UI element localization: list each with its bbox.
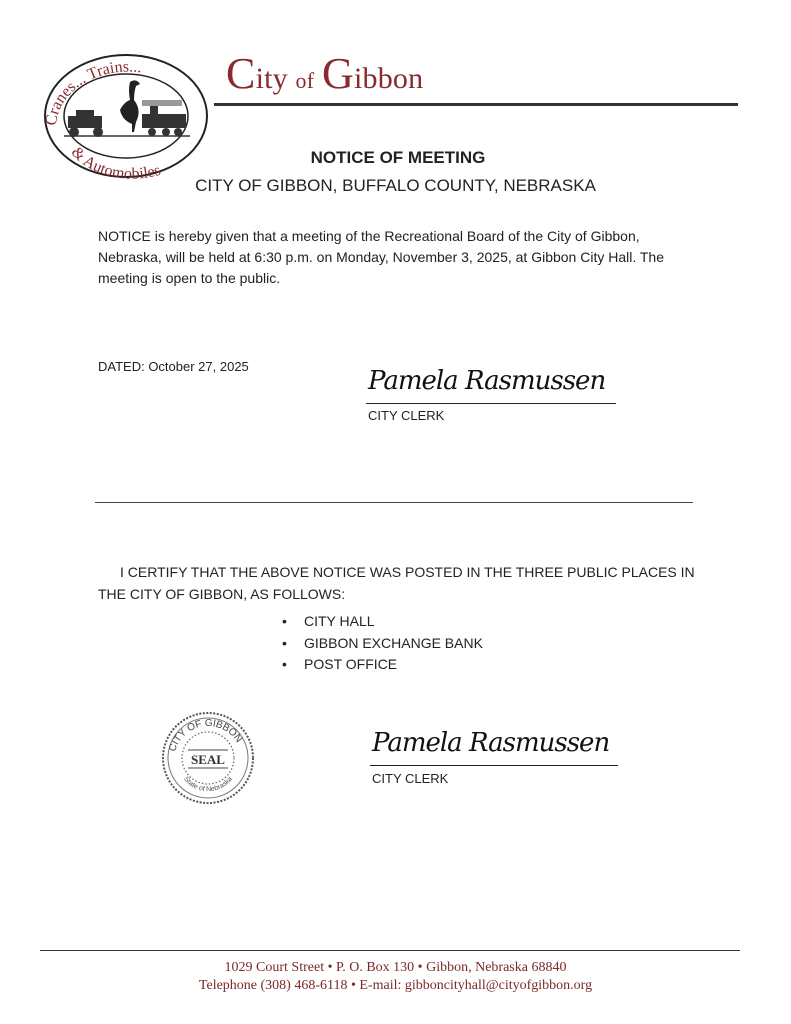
notice-heading: NOTICE OF MEETING bbox=[0, 148, 791, 168]
clerk-title-2: CITY CLERK bbox=[372, 771, 448, 786]
city-seal: CITY OF GIBBON State of Nebraska SEAL bbox=[158, 710, 258, 806]
posting-places-list: CITY HALL GIBBON EXCHANGE BANK POST OFFI… bbox=[284, 611, 483, 676]
list-item: GIBBON EXCHANGE BANK bbox=[284, 633, 483, 655]
notice-body: NOTICE is hereby given that a meeting of… bbox=[98, 226, 698, 289]
certification-text: I CERTIFY THAT THE ABOVE NOTICE WAS POST… bbox=[98, 561, 698, 605]
title-ity: ity bbox=[256, 62, 288, 95]
clerk-signature-2: Pamela Rasmussen bbox=[372, 728, 609, 758]
title-of: of bbox=[296, 68, 315, 93]
footer-address: 1029 Court Street • P. O. Box 130 • Gibb… bbox=[0, 960, 791, 976]
seal-center-text: SEAL bbox=[191, 752, 225, 767]
title-letter-g: G bbox=[322, 49, 354, 98]
title-ibbon: ibbon bbox=[354, 62, 423, 95]
train-icon bbox=[142, 100, 186, 136]
notice-subheading: CITY OF GIBBON, BUFFALO COUNTY, NEBRASKA bbox=[0, 176, 791, 196]
signature-line-1 bbox=[366, 403, 616, 404]
list-item: CITY HALL bbox=[284, 611, 483, 633]
section-divider bbox=[95, 502, 693, 503]
letterhead-title: City of Gibbon bbox=[226, 48, 423, 99]
signature-line-2 bbox=[370, 765, 618, 766]
dated-line: DATED: October 27, 2025 bbox=[98, 359, 249, 374]
car-icon bbox=[68, 110, 103, 137]
footer-contact: Telephone (308) 468-6118 • E-mail: gibbo… bbox=[0, 978, 791, 994]
list-item: POST OFFICE bbox=[284, 654, 483, 676]
seal-text-bottom: State of Nebraska bbox=[182, 776, 234, 794]
title-letter-c: C bbox=[226, 49, 256, 98]
crane-icon bbox=[120, 80, 140, 132]
clerk-title-1: CITY CLERK bbox=[368, 408, 444, 423]
clerk-signature-1: Pamela Rasmussen bbox=[368, 366, 605, 396]
letterhead-rule bbox=[214, 103, 738, 106]
footer-rule bbox=[40, 950, 740, 951]
